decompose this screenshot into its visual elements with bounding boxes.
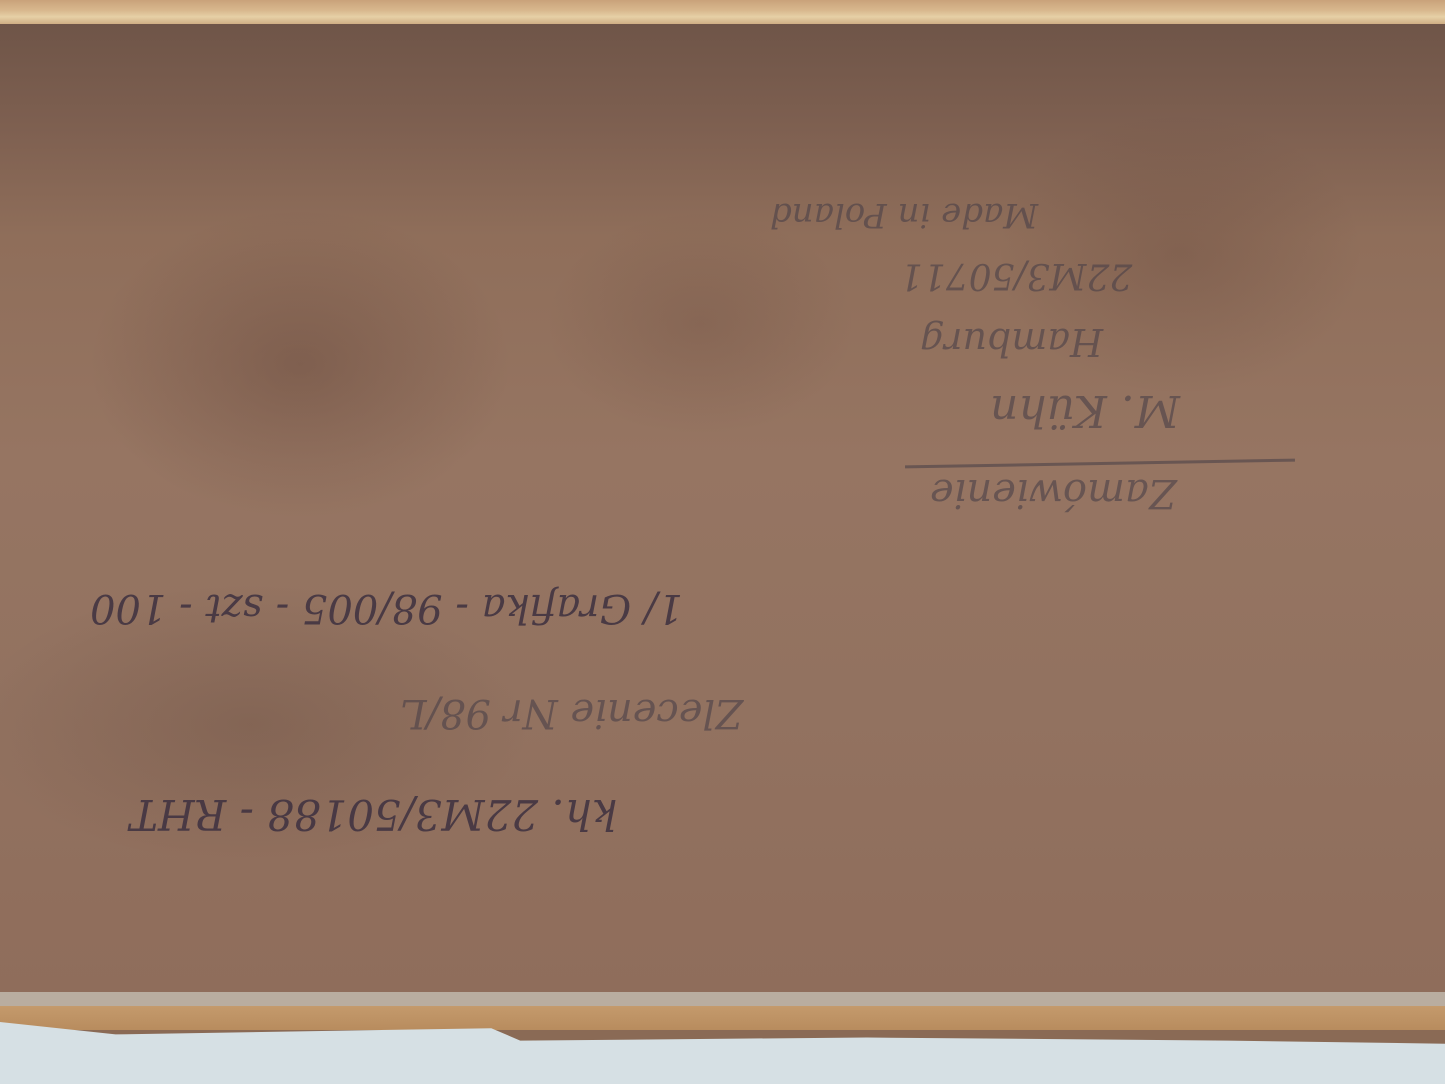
inscription-city: Hamburg [920, 320, 1103, 364]
inscription-name: M. Kühn [990, 385, 1180, 436]
wood-stretcher-bar [0, 1006, 1445, 1030]
inscription-reference-code: kh. 22M3/50188 - RHT [130, 790, 617, 839]
inscription-made-in-poland: Made in Poland [770, 195, 1038, 235]
wood-frame-top-edge [0, 0, 1445, 24]
inscription-item-line: 1/ Grafika - 98/005 - szt - 100 [90, 585, 683, 631]
hardboard-bottom-edge [0, 992, 1445, 1006]
hardboard-panel [0, 24, 1445, 992]
canvas-fabric-edge [0, 1022, 1445, 1084]
inscription-commission-number: Zlecenie Nr 98/L [400, 690, 743, 736]
inscription-order-number: 22M3/50711 [900, 255, 1132, 296]
inscription-order-label: Zamówienie [930, 470, 1177, 516]
